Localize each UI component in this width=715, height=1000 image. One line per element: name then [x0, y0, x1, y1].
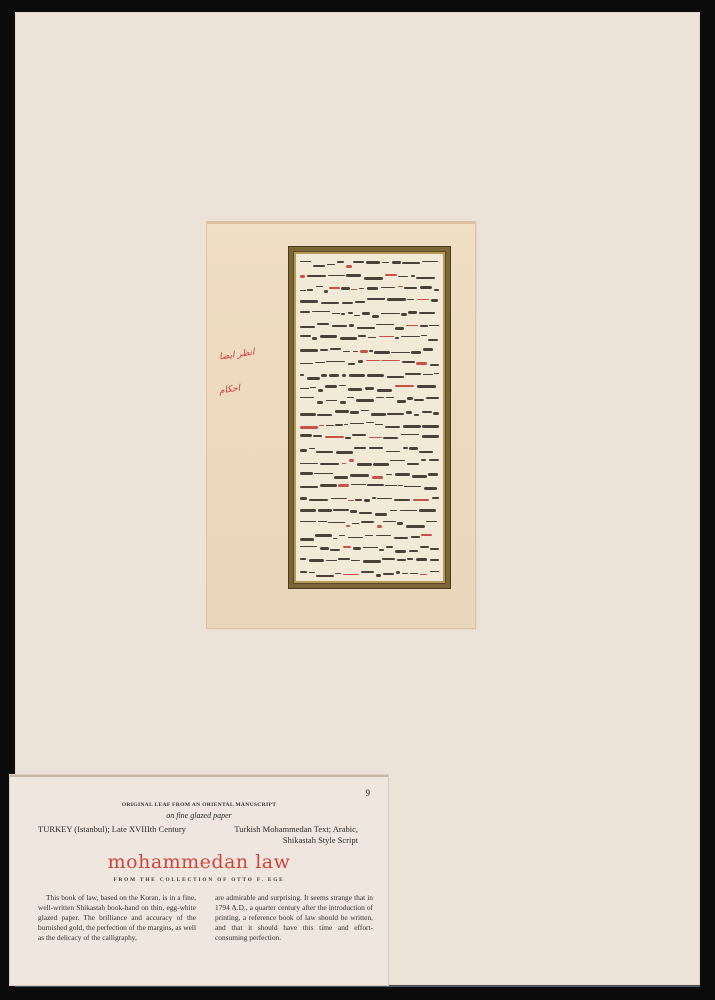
script-line — [300, 407, 439, 419]
script-line — [300, 295, 439, 307]
script-type-text: Turkish Mohammedan Text; Arabic, Shikast… — [234, 824, 358, 846]
page-title: mohammedan law — [10, 851, 388, 873]
description-column-right: are admirable and surprising. It seems s… — [215, 893, 373, 943]
script-line — [300, 345, 439, 357]
overline-heading: Original leaf from an oriental manuscrip… — [10, 802, 388, 808]
manuscript-leaf: انظر ايضا احكام — [207, 222, 475, 628]
margin-note-1: انظر ايضا — [218, 348, 255, 363]
script-line — [300, 444, 439, 456]
script-line — [300, 518, 439, 530]
script-line — [300, 506, 439, 518]
script-line — [300, 332, 439, 344]
script-line — [300, 419, 439, 431]
page-number: 9 — [366, 788, 371, 798]
script-line — [300, 580, 439, 581]
margin-note-2: احكام — [218, 384, 241, 397]
script-text-block — [296, 254, 443, 581]
script-line — [300, 308, 439, 320]
script-line — [300, 493, 439, 505]
origin-text: TURKEY (Istanbul); Late XVIIIth Century — [38, 824, 186, 834]
description-card: 9 Original leaf from an oriental manuscr… — [10, 775, 388, 985]
script-line — [300, 357, 439, 369]
script-line — [300, 320, 439, 332]
gold-frame — [289, 247, 450, 588]
subline: on fine glazed paper — [10, 811, 388, 820]
script-line — [300, 531, 439, 543]
script-line — [300, 431, 439, 443]
script-line — [300, 456, 439, 468]
script-line — [300, 469, 439, 481]
script-line — [300, 382, 439, 394]
script-line — [300, 283, 439, 295]
script-line — [300, 481, 439, 493]
script-line — [300, 543, 439, 555]
collection-credit: From the collection of Otto F. Ege — [10, 877, 388, 883]
script-line — [300, 370, 439, 382]
script-line — [300, 258, 439, 270]
description-column-left: This book of law, based on the Koran, is… — [38, 893, 196, 943]
script-line — [300, 394, 439, 406]
script-line — [300, 270, 439, 282]
script-line — [300, 568, 439, 580]
script-line — [300, 555, 439, 567]
